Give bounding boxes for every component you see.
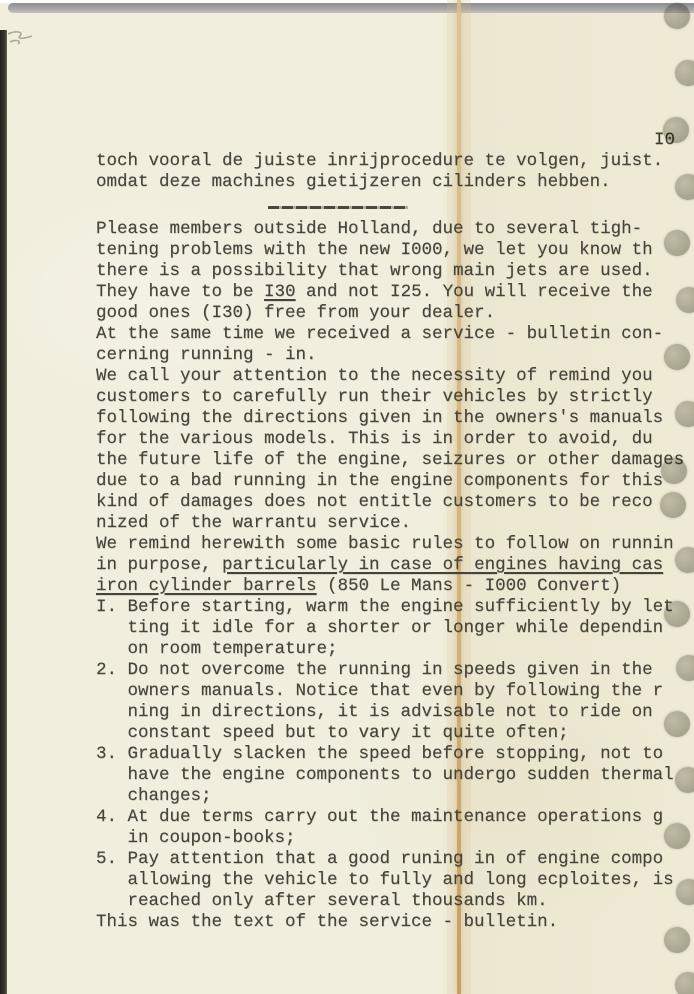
- text-line: on room temperature;: [96, 639, 684, 660]
- text-line: At the same time we received a service -…: [96, 324, 684, 345]
- hole-punch: [664, 927, 690, 953]
- binding-strip: [0, 30, 7, 994]
- text-line: constant speed but to vary it quite ofte…: [96, 723, 684, 744]
- text-line: have the engine components to undergo su…: [96, 765, 684, 786]
- text-line: nized of the warrantu service.: [96, 513, 684, 534]
- text-line: tening problems with the new I000, we le…: [96, 240, 684, 261]
- text-line: 4. At due terms carry out the maintenanc…: [96, 807, 684, 828]
- text-line: due to a bad running in the engine compo…: [96, 471, 684, 492]
- hole-punch: [661, 458, 687, 484]
- text-line: This was the text of the service - bulle…: [96, 912, 684, 933]
- hole-punch: [664, 230, 690, 256]
- hole-punch: [664, 711, 690, 737]
- text-line: They have to be I30 and not I25. You wil…: [96, 282, 684, 303]
- hole-punch: [675, 60, 694, 86]
- text-line: Please members outside Holland, due to s…: [96, 219, 684, 240]
- hole-punch: [675, 972, 694, 994]
- text-line: owners manuals. Notice that even by foll…: [96, 681, 684, 702]
- text-line: I. Before starting, warm the engine suff…: [96, 597, 684, 618]
- hole-punch: [664, 601, 690, 627]
- text-line: changes;: [96, 786, 684, 807]
- text-line: We call your attention to the necessity …: [96, 366, 684, 387]
- hole-punch: [664, 823, 690, 849]
- text-line: good ones (I30) free from your dealer.: [96, 303, 684, 324]
- hole-punch: [664, 3, 690, 29]
- hole-punch: [675, 401, 694, 427]
- text-line: in coupon-books;: [96, 828, 684, 849]
- text-line: We remind herewith some basic rules to f…: [96, 534, 684, 555]
- text-line: following the directions given in the ow…: [96, 408, 684, 429]
- text-line: in purpose, particularly in case of engi…: [96, 555, 684, 576]
- text-line: kind of damages does not entitle custome…: [96, 492, 684, 513]
- text-line: cerning running - in.: [96, 345, 684, 366]
- hole-punch: [675, 174, 694, 200]
- text-line: toch vooral de juiste inrijprocedure te …: [96, 151, 663, 172]
- text-line: customers to carefully run their vehicle…: [96, 387, 684, 408]
- text-line: for the various models. This is in order…: [96, 429, 684, 450]
- text-line: 5. Pay attention that a good runing in o…: [96, 849, 684, 870]
- text-line: the future life of the engine, seizures …: [96, 450, 684, 471]
- text-line: 2. Do not overcome the running in speeds…: [96, 660, 684, 681]
- text-line: omdat deze machines gietijzeren cilinder…: [96, 172, 663, 193]
- hole-punch: [675, 767, 694, 793]
- hole-punch: [663, 117, 689, 143]
- page-top-edge-shadow: [8, 3, 694, 13]
- pencil-mark: [4, 26, 48, 60]
- typed-divider-line: [268, 206, 408, 209]
- hole-punch: [664, 344, 690, 370]
- text-line: allowing the vehicle to fully and long e…: [96, 870, 684, 891]
- dutch-paragraph: toch vooral de juiste inrijprocedure te …: [96, 151, 663, 193]
- text-line: reached only after several thousands km.: [96, 891, 684, 912]
- hole-punch: [660, 492, 686, 518]
- scanned-page: I0 toch vooral de juiste inrijprocedure …: [0, 0, 694, 994]
- text-line: there is a possibility that wrong main j…: [96, 261, 684, 282]
- hole-punch: [675, 547, 694, 573]
- bulletin-body-text: Please members outside Holland, due to s…: [96, 219, 684, 933]
- text-line: 3. Gradually slacken the speed before st…: [96, 744, 684, 765]
- text-line: iron cylinder barrels (850 Le Mans - I00…: [96, 576, 684, 597]
- text-line: ting it idle for a shorter or longer whi…: [96, 618, 684, 639]
- text-line: ning in directions, it is advisable not …: [96, 702, 684, 723]
